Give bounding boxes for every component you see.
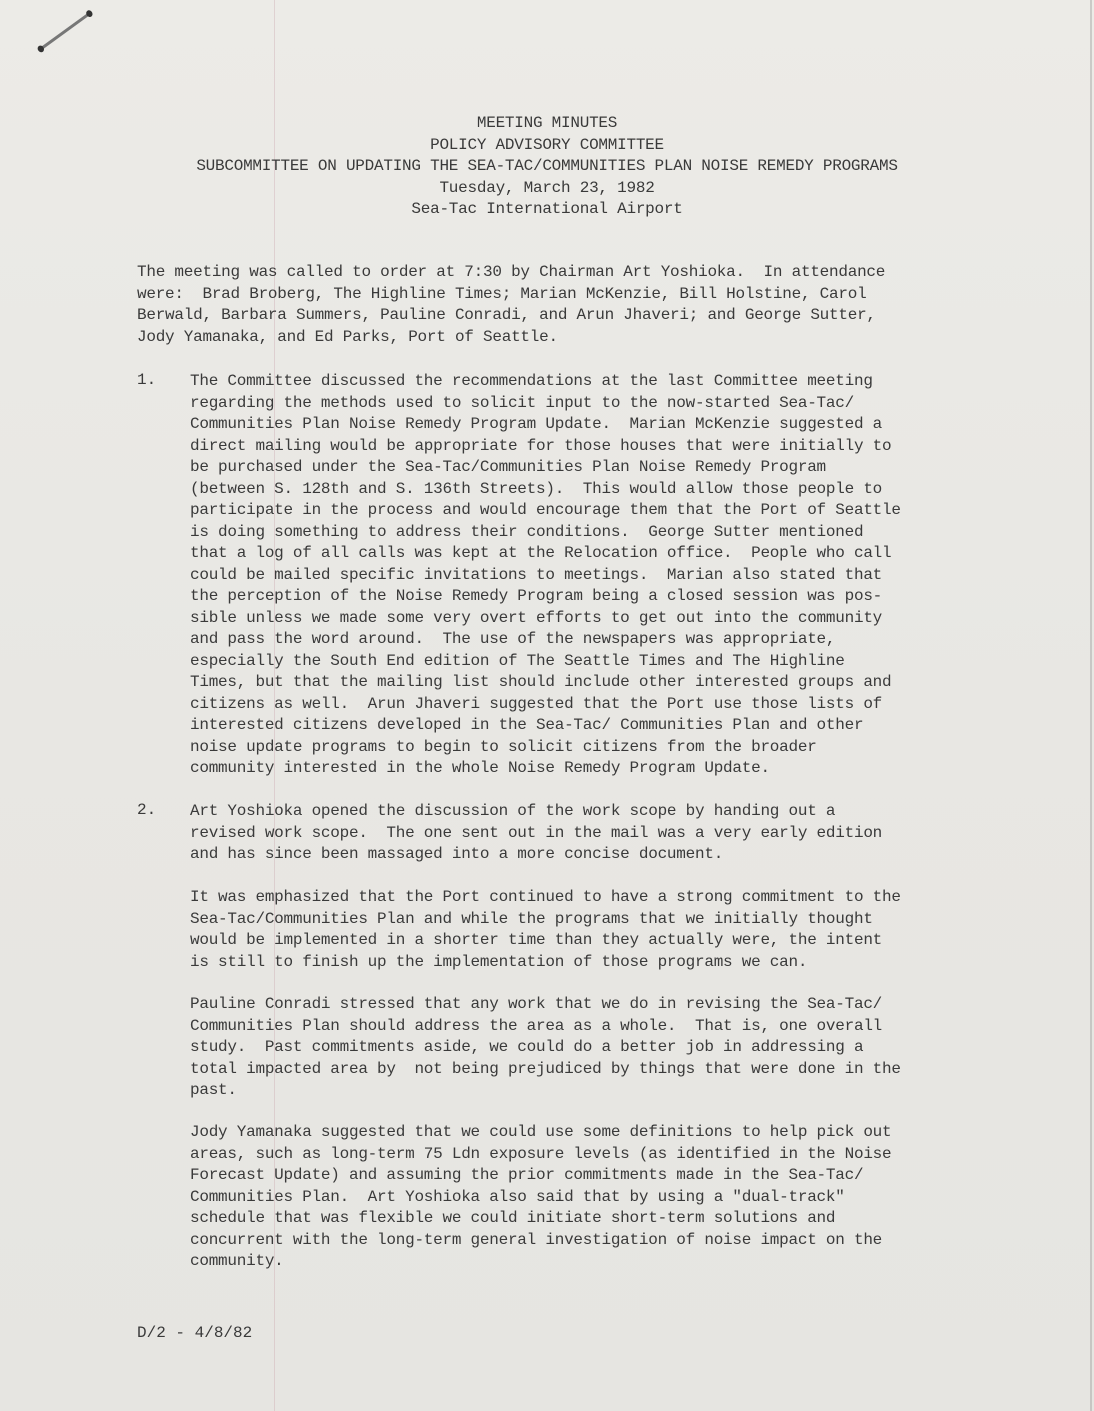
page-footer-reference: D/2 - 4/8/82	[137, 1324, 252, 1342]
document-title: MEETING MINUTES	[0, 113, 1094, 135]
item-number: 2.	[137, 801, 156, 819]
item-number: 1.	[137, 371, 156, 389]
item-2-paragraph-3: Pauline Conradi stressed that any work t…	[190, 994, 901, 1102]
item-2-paragraph-1: Art Yoshioka opened the discussion of th…	[190, 801, 882, 866]
item-2-paragraph-2: It was emphasized that the Port continue…	[190, 887, 901, 973]
item-1-paragraph: The Committee discussed the recommendati…	[190, 371, 901, 780]
meeting-location: Sea-Tac International Airport	[0, 199, 1094, 221]
document-page: MEETING MINUTES POLICY ADVISORY COMMITTE…	[0, 0, 1094, 1411]
attendance-paragraph: The meeting was called to order at 7:30 …	[137, 262, 885, 348]
meeting-date: Tuesday, March 23, 1982	[0, 178, 1094, 200]
staple-icon	[39, 12, 91, 51]
subcommittee-name: SUBCOMMITTEE ON UPDATING THE SEA-TAC/COM…	[0, 156, 1094, 178]
document-header: MEETING MINUTES POLICY ADVISORY COMMITTE…	[0, 113, 1094, 221]
item-2-paragraph-4: Jody Yamanaka suggested that we could us…	[190, 1122, 891, 1273]
committee-name: POLICY ADVISORY COMMITTEE	[0, 135, 1094, 157]
